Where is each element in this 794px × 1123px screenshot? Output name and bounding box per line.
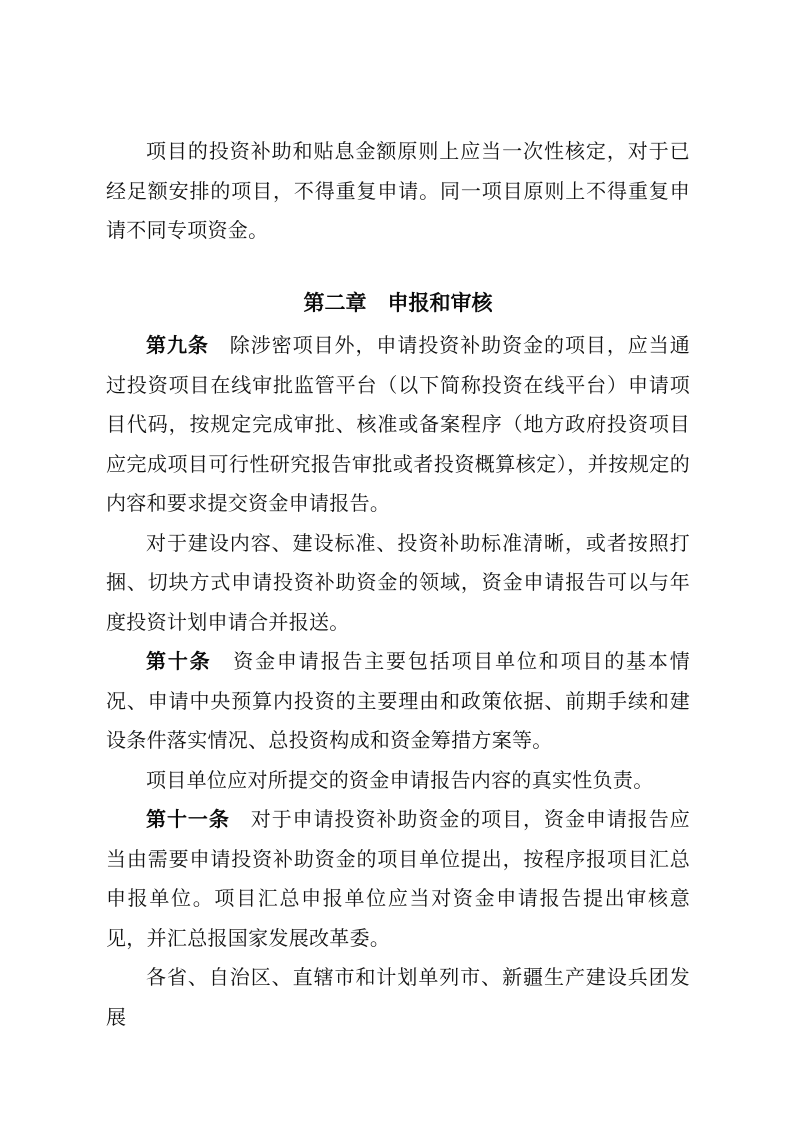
article-10-number: 第十条 xyxy=(146,651,211,673)
paragraph-provinces: 各省、自治区、直辖市和计划单列市、新疆生产建设兵团发展 xyxy=(106,959,690,1038)
chapter-heading: 第二章 申报和审核 xyxy=(106,284,690,324)
document-page: 项目的投资补助和贴息金额原则上应当一次性核定，对于已经足额安排的项目，不得重复申… xyxy=(0,0,794,1123)
article-11-number: 第十一条 xyxy=(146,809,230,831)
paragraph-article-10: 第十条 资金申请报告主要包括项目单位和项目的基本情况、申请中央预算内投资的主要理… xyxy=(106,643,690,762)
paragraph-responsibility: 项目单位应对所提交的资金申请报告内容的真实性负责。 xyxy=(106,762,690,802)
document-content: 项目的投资补助和贴息金额原则上应当一次性核定，对于已经足额安排的项目，不得重复申… xyxy=(106,133,690,1038)
article-9-text: 除涉密项目外，申请投资补助资金的项目，应当通过投资项目在线审批监管平台（以下简称… xyxy=(106,335,690,515)
paragraph-article-9: 第九条 除涉密项目外，申请投资补助资金的项目，应当通过投资项目在线审批监管平台（… xyxy=(106,327,690,525)
paragraph-bundling: 对于建设内容、建设标准、投资补助标准清晰，或者按照打捆、切块方式申请投资补助资金… xyxy=(106,525,690,644)
article-9-number: 第九条 xyxy=(146,335,209,357)
paragraph-article-11: 第十一条 对于申请投资补助资金的项目，资金申请报告应当由需要申请投资补助资金的项… xyxy=(106,801,690,959)
paragraph-continuation: 项目的投资补助和贴息金额原则上应当一次性核定，对于已经足额安排的项目，不得重复申… xyxy=(106,133,690,252)
